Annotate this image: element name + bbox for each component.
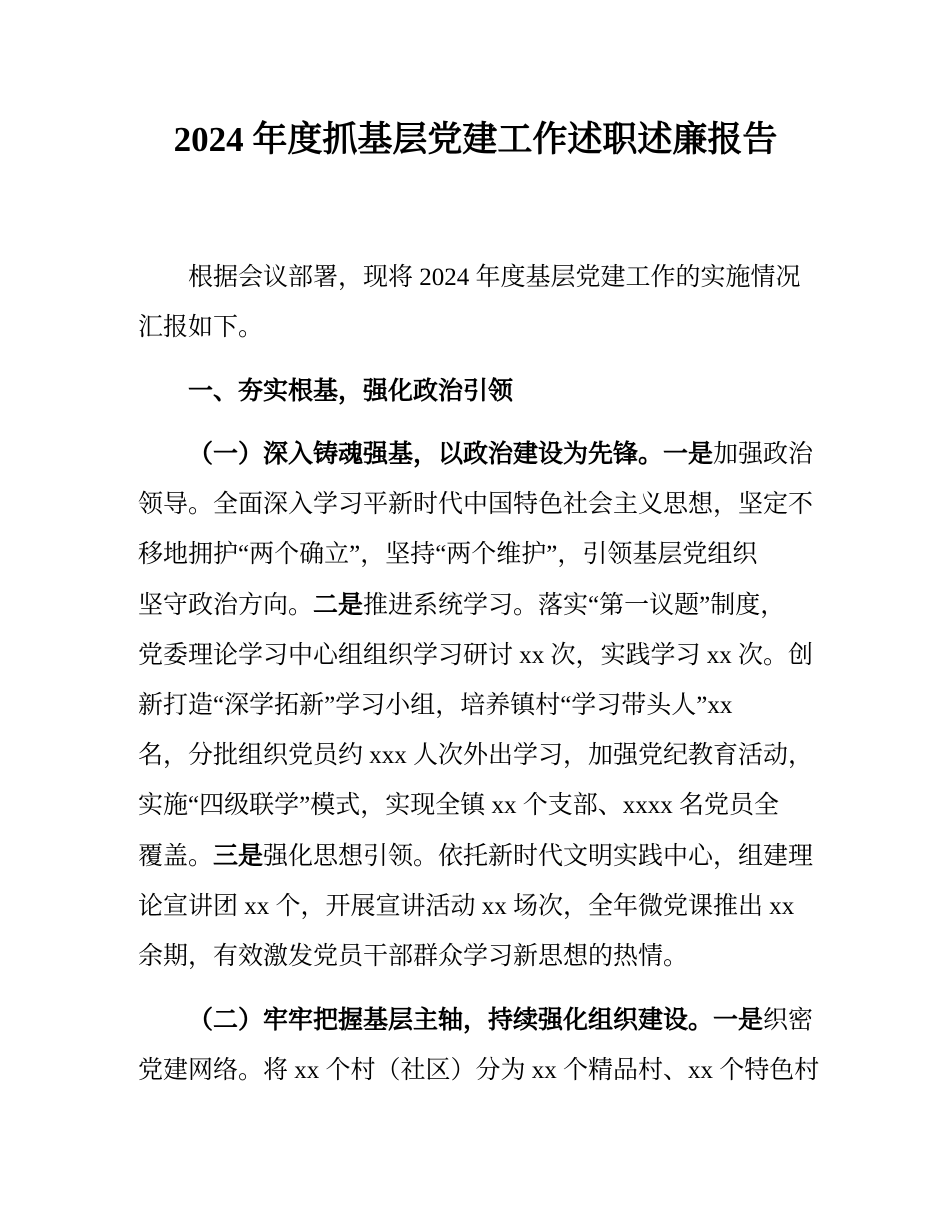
text-run: 汇报如下。 <box>138 314 263 341</box>
text-line: 移地拥护“两个确立”，坚持“两个维护”，引领基层党组织 <box>138 530 813 580</box>
text-line: 根据会议部署，现将 2024 年度基层党建工作的实施情况 <box>138 253 813 303</box>
text-line: 汇报如下。 <box>138 303 813 353</box>
text-run: 新打造“深学拓新”学习小组，培养镇村“学习带头人”xx <box>138 692 732 719</box>
paragraph: （二）牢牢把握基层主轴，持续强化组织建设。一是织密党建网络。将 xx 个村（社区… <box>138 995 813 1096</box>
bold-text-run: 二是 <box>313 591 363 619</box>
text-run: 织密 <box>763 1007 813 1034</box>
text-run: 党委理论学习中心组组织学习研讨 xx 次，实践学习 xx 次。创 <box>138 642 813 669</box>
text-run: 论宣讲团 xx 个，开展宣讲活动 xx 场次，全年微党课推出 xx <box>138 893 794 920</box>
paragraph: 根据会议部署，现将 2024 年度基层党建工作的实施情况汇报如下。 <box>138 253 813 353</box>
document-page: 2024 年度抓基层党建工作述职述廉报告 根据会议部署，现将 2024 年度基层… <box>0 0 950 1230</box>
text-line: 覆盖。三是强化思想引领。依托新时代文明实践中心，组建理 <box>138 831 813 882</box>
text-run: 党建网络。将 xx 个村（社区）分为 xx 个精品村、xx 个特色村 <box>138 1057 819 1084</box>
text-run: 强化思想引领。依托新时代文明实践中心，组建理 <box>263 843 813 870</box>
text-line: 领导。全面深入学习平新时代中国特色社会主义思想，坚定不 <box>138 480 813 530</box>
bold-text-run: 三是 <box>213 842 263 870</box>
text-run: 领导。全面深入学习平新时代中国特色社会主义思想，坚定不 <box>138 491 813 518</box>
bold-text-run: （一）深入铸魂强基，以政治建设为先锋。一是 <box>188 440 713 468</box>
text-line: 论宣讲团 xx 个，开展宣讲活动 xx 场次，全年微党课推出 xx <box>138 882 813 932</box>
text-line: 坚守政治方向。二是推进系统学习。落实“第一议题”制度， <box>138 580 813 631</box>
text-line: 一、夯实根基，强化政治引领 <box>138 366 813 416</box>
text-run: 移地拥护“两个确立”，坚持“两个维护”，引领基层党组织 <box>138 541 757 568</box>
text-run: 覆盖。 <box>138 843 213 870</box>
paragraph: （一）深入铸魂强基，以政治建设为先锋。一是加强政治领导。全面深入学习平新时代中国… <box>138 429 813 982</box>
text-run: 名，分批组织党员约 xxx 人次外出学习，加强党纪教育活动， <box>138 742 813 769</box>
text-run: 坚守政治方向。 <box>138 592 313 619</box>
text-run: 实施“四级联学”模式，实现全镇 xx 个支部、xxxx 名党员全 <box>138 792 779 819</box>
text-line: 党建网络。将 xx 个村（社区）分为 xx 个精品村、xx 个特色村 <box>138 1046 813 1096</box>
section-heading: 一、夯实根基，强化政治引领 <box>138 366 813 416</box>
text-line: 新打造“深学拓新”学习小组，培养镇村“学习带头人”xx <box>138 681 813 731</box>
text-line: 实施“四级联学”模式，实现全镇 xx 个支部、xxxx 名党员全 <box>138 781 813 831</box>
text-run: 根据会议部署，现将 2024 年度基层党建工作的实施情况 <box>188 264 801 291</box>
text-line: 党委理论学习中心组组织学习研讨 xx 次，实践学习 xx 次。创 <box>138 631 813 681</box>
text-line: 余期，有效激发党员干部群众学习新思想的热情。 <box>138 932 813 982</box>
text-line: 名，分批组织党员约 xxx 人次外出学习，加强党纪教育活动， <box>138 731 813 781</box>
bold-text-run: （二）牢牢把握基层主轴，持续强化组织建设。一是 <box>188 1006 763 1034</box>
text-run: 推进系统学习。落实“第一议题”制度， <box>363 592 785 619</box>
document-body: 根据会议部署，现将 2024 年度基层党建工作的实施情况汇报如下。一、夯实根基，… <box>138 253 813 1096</box>
document-title: 2024 年度抓基层党建工作述职述廉报告 <box>138 115 813 165</box>
text-line: （二）牢牢把握基层主轴，持续强化组织建设。一是织密 <box>138 995 813 1046</box>
bold-text-run: 一、夯实根基，强化政治引领 <box>188 377 513 405</box>
text-run: 加强政治 <box>713 441 813 468</box>
text-line: （一）深入铸魂强基，以政治建设为先锋。一是加强政治 <box>138 429 813 480</box>
text-run: 余期，有效激发党员干部群众学习新思想的热情。 <box>138 943 688 970</box>
